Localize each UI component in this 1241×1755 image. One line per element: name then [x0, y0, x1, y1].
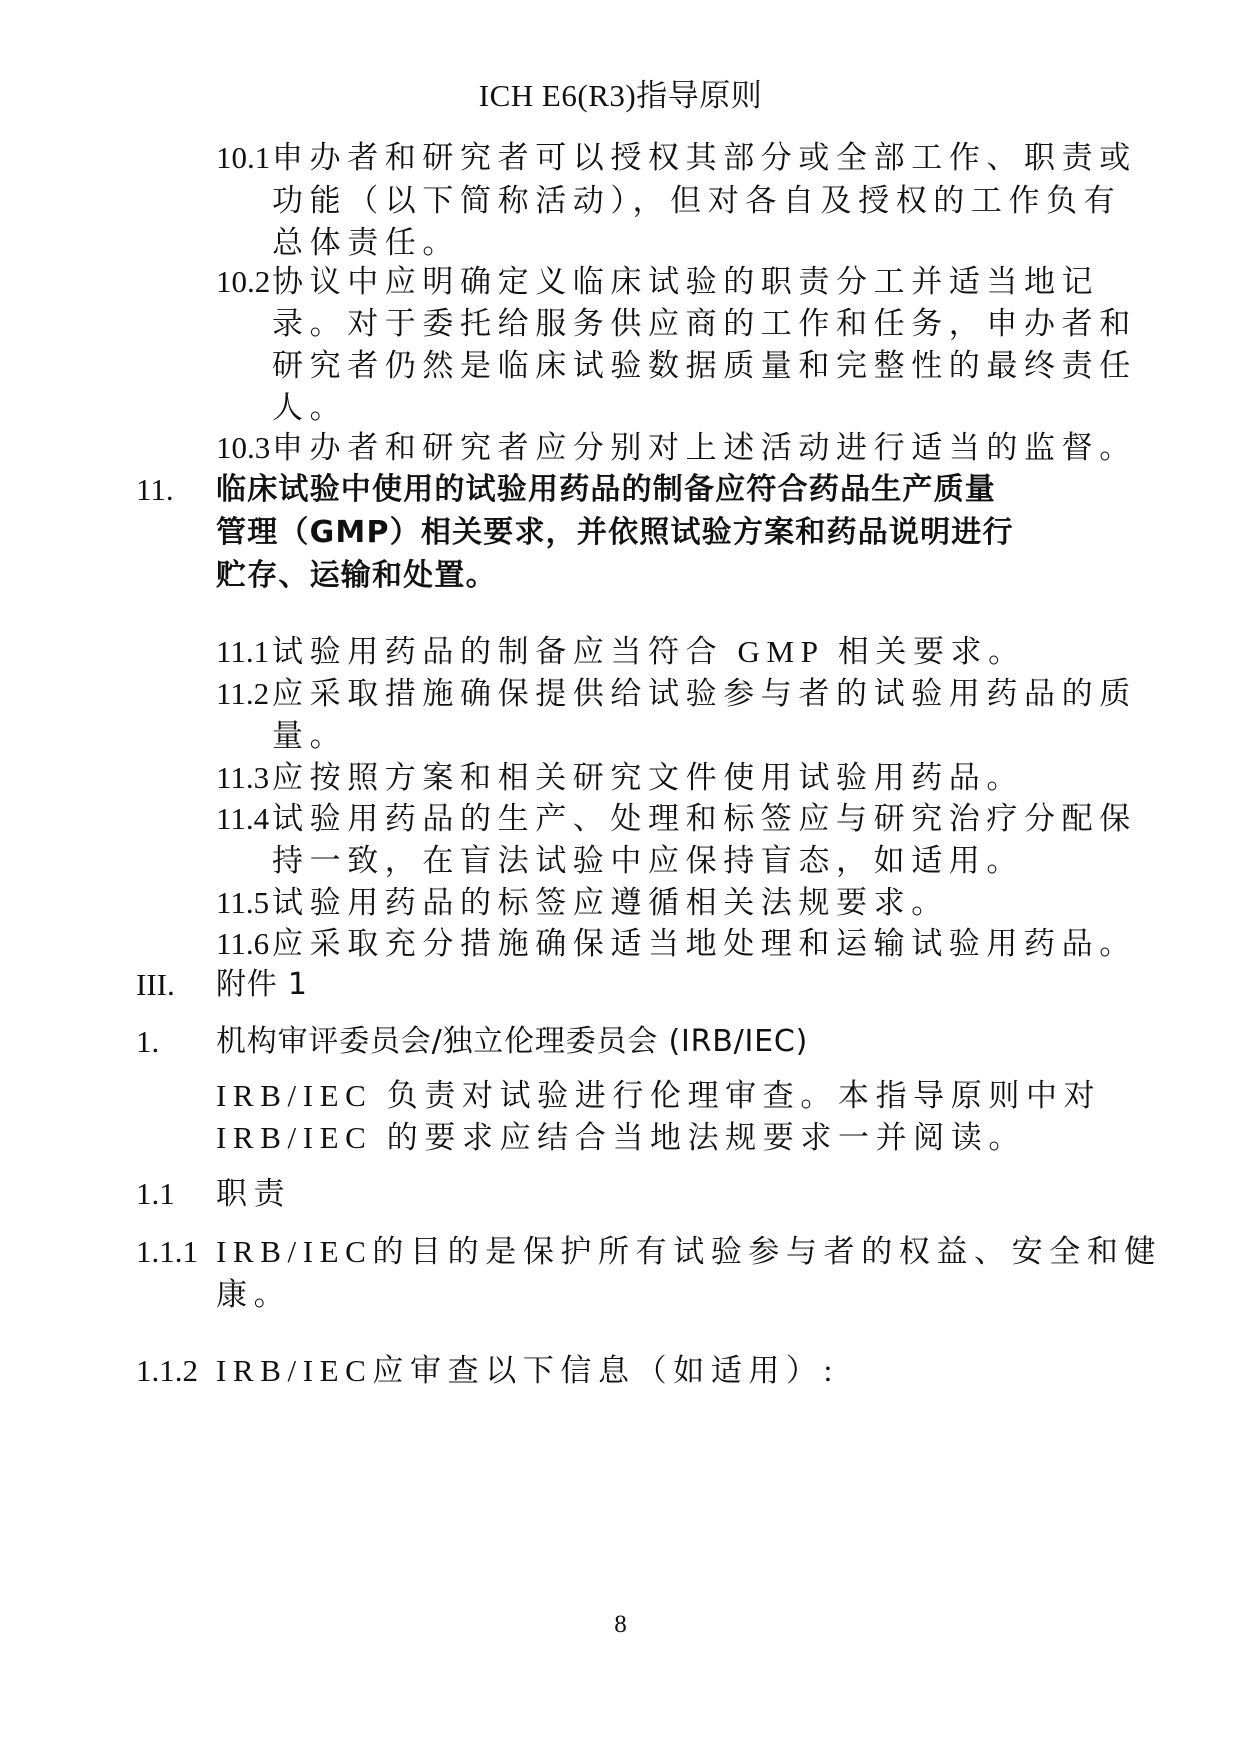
paragraph-line: IRB/IEC 负责对试验进行伦理审查。本指导原则中对	[216, 1076, 1101, 1116]
page-number: 8	[0, 1610, 1241, 1640]
section-number: 11.4	[216, 799, 269, 839]
paragraph-line: 试验用药品的制备应当符合 GMP 相关要求。	[272, 632, 1026, 672]
section-number: 11.3	[216, 758, 269, 798]
section-title: 机构审评委员会/独立伦理委员会 (IRB/IEC)	[216, 1022, 808, 1062]
section-number: III.	[136, 965, 175, 1005]
heading-line: 临床试验中使用的试验用药品的制备应符合药品生产质量	[216, 470, 996, 510]
paragraph-line: IRB/IEC应审查以下信息（如适用）:	[216, 1351, 839, 1391]
section-number: 10.1	[216, 138, 270, 178]
paragraph-line: 应采取措施确保提供给试验参与者的试验用药品的质	[272, 674, 1137, 714]
paragraph-line: 申办者和研究者可以授权其部分或全部工作、职责或	[272, 138, 1137, 178]
annex-title: 附件 1	[216, 965, 308, 1005]
paragraph-line: 总体责任。	[272, 223, 460, 263]
paragraph-line: 试验用药品的生产、处理和标签应与研究治疗分配保	[272, 799, 1137, 839]
page-header-title: ICH E6(R3)指导原则	[0, 76, 1241, 116]
section-title: 职责	[216, 1174, 291, 1214]
paragraph-line: 录。对于委托给服务供应商的工作和任务，申办者和	[272, 304, 1137, 344]
paragraph-line: 量。	[272, 716, 347, 756]
section-number: 1.	[136, 1022, 159, 1062]
heading-line: 贮存、运输和处置。	[216, 556, 497, 596]
paragraph-line: IRB/IEC 的要求应结合当地法规要求一并阅读。	[216, 1118, 1026, 1158]
paragraph-line: 应采取充分措施确保适当地处理和运输试验用药品。	[272, 924, 1137, 964]
paragraph-line: 人。	[272, 388, 347, 428]
paragraph-line: IRB/IEC的目的是保护所有试验参与者的权益、安全和健	[216, 1232, 1162, 1272]
paragraph-line: 持一致，在盲法试验中应保持盲态，如适用。	[272, 841, 1024, 881]
section-number: 11.6	[216, 924, 269, 964]
section-number: 11.1	[216, 632, 269, 672]
paragraph-line: 申办者和研究者应分别对上述活动进行适当的监督。	[272, 428, 1137, 468]
section-number: 10.3	[216, 428, 270, 468]
section-number: 1.1.2	[136, 1351, 198, 1391]
section-number: 11.5	[216, 883, 269, 923]
section-number: 11.	[136, 470, 174, 510]
paragraph-line: 协议中应明确定义临床试验的职责分工并适当地记	[272, 262, 1099, 302]
document-page: ICH E6(R3)指导原则 10.1 申办者和研究者可以授权其部分或全部工作、…	[0, 0, 1241, 1755]
heading-line: 管理（GMP）相关要求，并依照试验方案和药品说明进行	[216, 513, 1014, 553]
section-number: 1.1.1	[136, 1232, 198, 1272]
paragraph-line: 康。	[216, 1275, 291, 1315]
paragraph-line: 功能（以下简称活动），但对各自及授权的工作负有	[272, 181, 1121, 221]
section-number: 10.2	[216, 262, 270, 302]
paragraph-line: 研究者仍然是临床试验数据质量和完整性的最终责任	[272, 346, 1137, 386]
paragraph-line: 应按照方案和相关研究文件使用试验用药品。	[272, 758, 1024, 798]
paragraph-line: 试验用药品的标签应遵循相关法规要求。	[272, 883, 949, 923]
section-number: 1.1	[136, 1174, 175, 1214]
section-number: 11.2	[216, 674, 269, 714]
